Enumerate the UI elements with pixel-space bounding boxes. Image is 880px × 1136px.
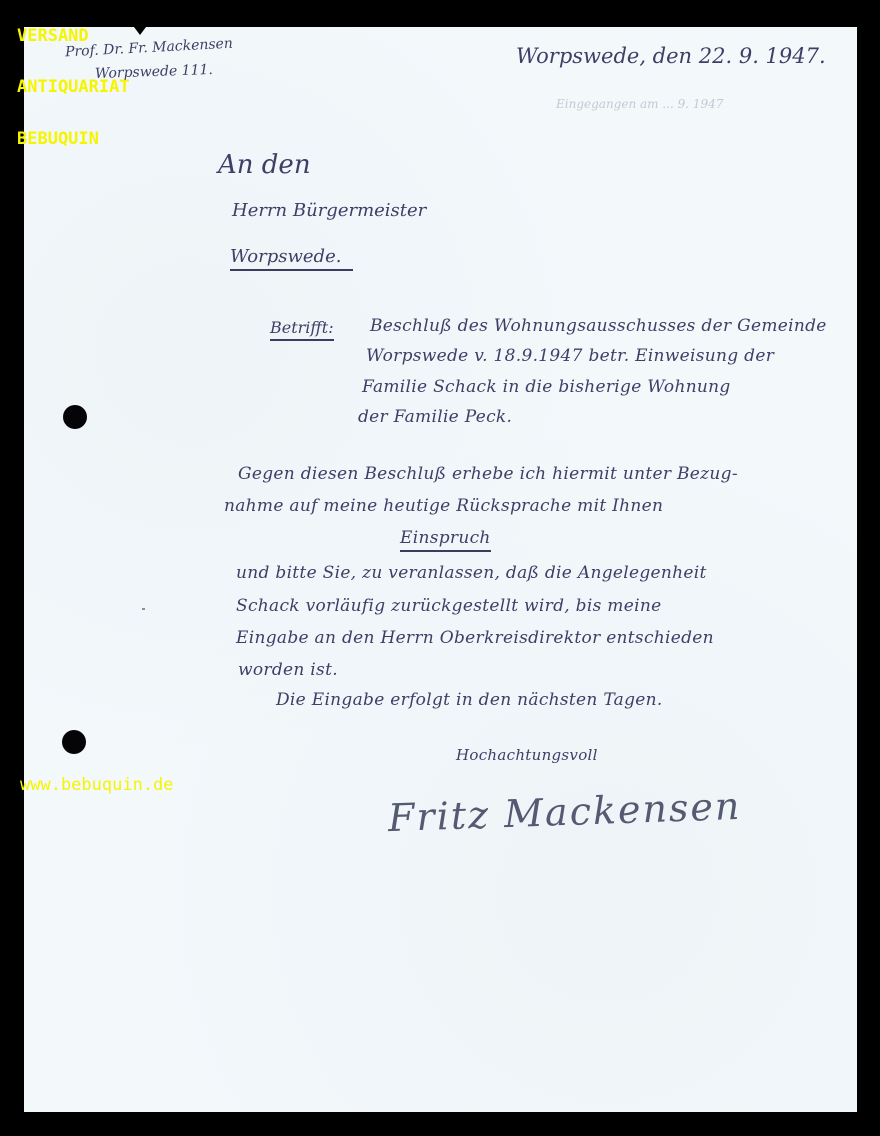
subject-line: der Familie Peck.: [358, 407, 512, 427]
paper-speck: [142, 608, 145, 610]
punch-hole-bottom: [62, 730, 86, 754]
punch-hole-top: [63, 405, 87, 429]
closing: Hochachtungsvoll: [456, 746, 598, 764]
subject-line: Worpswede v. 18.9.1947 betr. Einweisung …: [366, 346, 774, 366]
body-line: Schack vorläufig zurückgestellt wird, bi…: [236, 596, 661, 616]
paper-notch: [134, 27, 146, 35]
watermark-url: www.bebuquin.de: [20, 775, 174, 795]
recipient-line-2: Herrn Bürgermeister: [232, 200, 426, 221]
watermark-vertical-text: VERSAND ANTIQUARIAT BEBUQUIN: [17, 24, 33, 153]
receipt-stamp: Eingegangen am ... 9. 1947: [556, 97, 723, 111]
recipient-line-1: An den: [218, 150, 311, 180]
body-line: und bitte Sie, zu veranlassen, daß die A…: [236, 563, 707, 583]
place-date: Worpswede, den 22. 9. 1947.: [516, 44, 826, 68]
body-line-einspruch: Einspruch: [400, 528, 491, 552]
subject-label: Betrifft:: [270, 318, 334, 341]
recipient-line-3: Worpswede.: [230, 246, 353, 271]
body-line: Gegen diesen Beschluß erhebe ich hiermit…: [238, 464, 738, 484]
body-line: worden ist.: [238, 660, 338, 680]
body-line: nahme auf meine heutige Rücksprache mit …: [224, 496, 663, 516]
subject-line: Familie Schack in die bisherige Wohnung: [362, 377, 731, 397]
body-line: Die Eingabe erfolgt in den nächsten Tage…: [276, 690, 663, 710]
subject-line: Beschluß des Wohnungsausschusses der Gem…: [370, 316, 827, 336]
body-line: Eingabe an den Herrn Oberkreisdirektor e…: [236, 628, 714, 648]
